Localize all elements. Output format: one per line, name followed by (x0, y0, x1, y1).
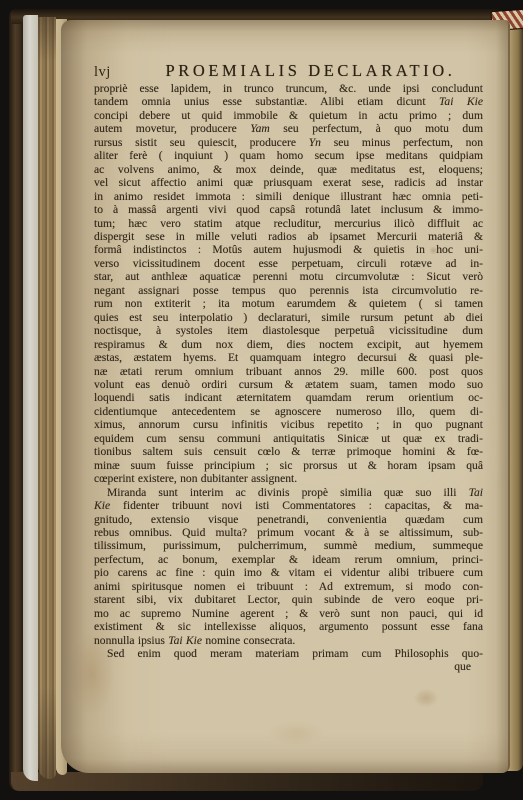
text-line: tandem omnia unius esse substantiæ. Alib… (94, 95, 483, 108)
running-title: PROEMIALIS DECLARATIO. (138, 61, 483, 81)
text-line: equidem cum sensu communi antiquitatis S… (94, 432, 483, 445)
page-stain (266, 720, 326, 746)
text-line: verso vicissitudinem docent esse perpetu… (94, 257, 483, 270)
catchword-line: que (94, 660, 483, 673)
text-line: existiment & sic intellexisse aliquos, a… (94, 620, 483, 633)
text-line: tilissimum, purissimum, pulcherrimum, su… (94, 539, 483, 552)
book-page: lvj PROEMIALIS DECLARATIO. propriè esse … (61, 20, 510, 773)
book-scan: lvj PROEMIALIS DECLARATIO. propriè esse … (0, 0, 523, 800)
text-line: dispergit sese in mille veluti radios ab… (94, 230, 483, 243)
text-line: noctisque, à systoles item diastolesque … (94, 324, 483, 337)
text-line: animi spiritusque nomen ei tribuunt : Ad… (94, 580, 483, 593)
folio-number: lvj (94, 64, 138, 81)
text-line: cœperint existere, non dubitanter assign… (94, 472, 483, 485)
text-line: propriè esse lapidem, in trunco truncum,… (94, 82, 483, 95)
text-line: negant assignari posse tempus quo perenn… (94, 284, 483, 297)
text-line: cidentiumque antecedentem se agnoscere n… (94, 405, 483, 418)
page-header: lvj PROEMIALIS DECLARATIO. (94, 61, 483, 81)
binding-page-edges (38, 17, 56, 779)
text-line: loquendi satis indicant æternitatem quam… (94, 391, 483, 404)
text-line: to à massâ argenti vivi quod capsâ rotun… (94, 203, 483, 216)
text-line: Sed enim quod meram materiam primam cum … (94, 647, 483, 660)
text-line: tionibus saltem suis censuit cœlo & terr… (94, 445, 483, 458)
text-line: star, aut anthleæ aquaticæ perenni motu … (94, 270, 483, 283)
text-line: minæ suum fuisse principium ; sic prorsu… (94, 459, 483, 472)
text-line: ac volvens animo, & mox deinde, quæ medi… (94, 163, 483, 176)
text-line: mo ac supremo Numine agerent ; & verò su… (94, 607, 483, 620)
book-cover-left-edge (9, 9, 23, 791)
text-line: formâ indistinctos : Motûs autem hujusmo… (94, 243, 483, 256)
text-line: Kie fidenter tribuunt novi isti Commenta… (94, 499, 483, 512)
text-line: starent sibi, vix dubitaret Lector, quin… (94, 593, 483, 606)
text-line: tum; hæc vero statim atque recluditur, m… (94, 217, 483, 230)
text-line: in animo residet immota : simili denique… (94, 190, 483, 203)
text-line: autem movetur, producere Yam seu perfect… (94, 122, 483, 135)
text-line: næ ætati rerum omnium tribuant annos 29.… (94, 365, 483, 378)
text-line: pio carens ac fine : quin imo & vitam ei… (94, 566, 483, 579)
text-line: aliter ferè ( inquiunt ) quam homo secum… (94, 149, 483, 162)
text-line: æstas, æstatem hyems. Et quamquam integr… (94, 351, 483, 364)
text-line: rursus sistit seu quiescit, producere Yn… (94, 136, 483, 149)
flyleaf-page-edge (23, 15, 38, 781)
text-line: rebus omnibus. Quid multa? primum vocant… (94, 526, 483, 539)
text-block: propriè esse lapidem, in trunco truncum,… (94, 82, 483, 674)
text-line: quies est seu interpolatio ) declaraturi… (94, 311, 483, 324)
book-cover-bottom-edge (11, 772, 483, 791)
text-line: perfectum, ac bonum, exemplar & ideam re… (94, 553, 483, 566)
text-line: vel sicut affectio animi quæ priusquam e… (94, 176, 483, 189)
page-stain (413, 688, 439, 708)
text-line: respiramus & dum nox diem, dies noctem e… (94, 338, 483, 351)
text-line: rum non extiterit ; ita motum earumdem &… (94, 297, 483, 310)
text-line: nonnulla ipsius Tai Kie nomine consecrat… (94, 634, 483, 647)
text-line: gnitudo, extensio visque penetrandi, con… (94, 513, 483, 526)
text-line: Miranda sunt interim ac divinis propè si… (94, 486, 483, 499)
text-line: concipi debere ut quid immobile & quietu… (94, 109, 483, 122)
text-line: ximus, annorum cursu infinitis vicibus r… (94, 418, 483, 431)
text-line: volunt eas denuò ordiri cursum & ætatem … (94, 378, 483, 391)
